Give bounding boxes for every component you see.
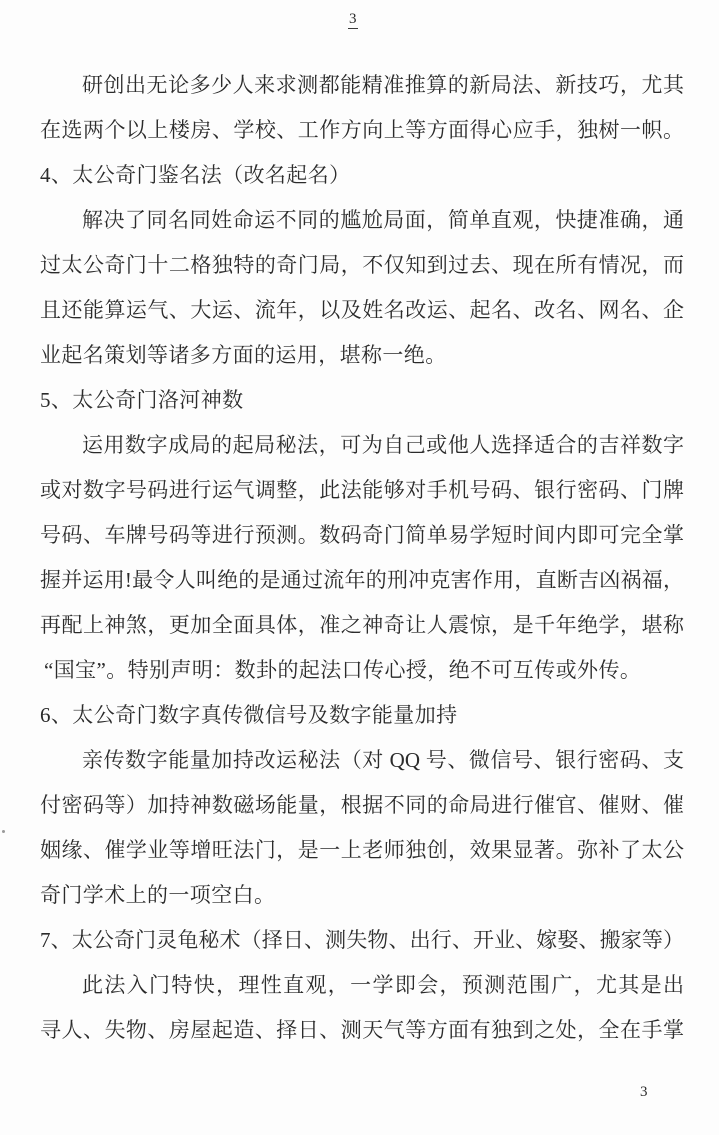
text-line: 运用数字成局的起局秘法，可为自己或他人选择适合的吉祥数字	[40, 423, 684, 468]
text-line: 付密码等）加持神数磁场能量，根据不同的命局进行催官、催财、催	[40, 783, 684, 828]
text-line: “国宝”。特别声明：数卦的起法口传心授，绝不可互传或外传。	[40, 648, 684, 693]
text-line: 6、太公奇门数字真传微信号及数字能量加持	[40, 693, 684, 738]
text-line: 姻缘、催学业等增旺法门，是一上老师独创，效果显著。弥补了太公	[40, 828, 684, 873]
text-line: 业起名策划等诸多方面的运用，堪称一绝。	[40, 333, 684, 378]
text-line: 号码、车牌号码等进行预测。数码奇门简单易学短时间内即可完全掌	[40, 513, 684, 558]
text-line: 奇门学术上的一项空白。	[40, 873, 684, 918]
text-line: 研创出无论多少人来求测都能精准推算的新局法、新技巧，尤其	[40, 63, 684, 108]
header-page-number: 3	[348, 11, 358, 29]
text-line: 亲传数字能量加持改运秘法（对 QQ 号、微信号、银行密码、支	[40, 738, 684, 783]
text-line: 寻人、失物、房屋起造、择日、测天气等方面有独到之处，全在手掌	[40, 1008, 684, 1053]
document-page: 3 研创出无论多少人来求测都能精准推算的新局法、新技巧，尤其在选两个以上楼房、学…	[0, 0, 719, 1135]
text-line: 7、太公奇门灵龟秘术（择日、测失物、出行、开业、嫁娶、搬家等）	[40, 918, 684, 963]
text-line: 4、太公奇门鉴名法（改名起名）	[40, 153, 684, 198]
text-line: 在选两个以上楼房、学校、工作方向上等方面得心应手，独树一帜。	[40, 108, 684, 153]
text-line: 过太公奇门十二格独特的奇门局，不仅知到过去、现在所有情况，而	[40, 243, 684, 288]
text-line: 且还能算运气、大运、流年，以及姓名改运、起名、改名、网名、企	[40, 288, 684, 333]
scan-artifact-dot	[2, 830, 5, 833]
text-line: 此法入门特快，理性直观，一学即会，预测范围广，尤其是出行、	[40, 963, 684, 1008]
text-line: 解决了同名同姓命运不同的尴尬局面，简单直观，快捷准确，通	[40, 198, 684, 243]
footer-page-number: 3	[640, 1083, 648, 1101]
text-line: 握并运用!最令人叫绝的是通过流年的刑冲克害作用，直断吉凶祸福，	[40, 558, 684, 603]
document-body: 研创出无论多少人来求测都能精准推算的新局法、新技巧，尤其在选两个以上楼房、学校、…	[40, 63, 684, 1053]
text-line: 或对数字号码进行运气调整，此法能够对手机号码、银行密码、门牌	[40, 468, 684, 513]
text-line: 再配上神煞，更加全面具体，准之神奇让人震惊，是千年绝学，堪称	[40, 603, 684, 648]
text-line: 5、太公奇门洛河神数	[40, 378, 684, 423]
